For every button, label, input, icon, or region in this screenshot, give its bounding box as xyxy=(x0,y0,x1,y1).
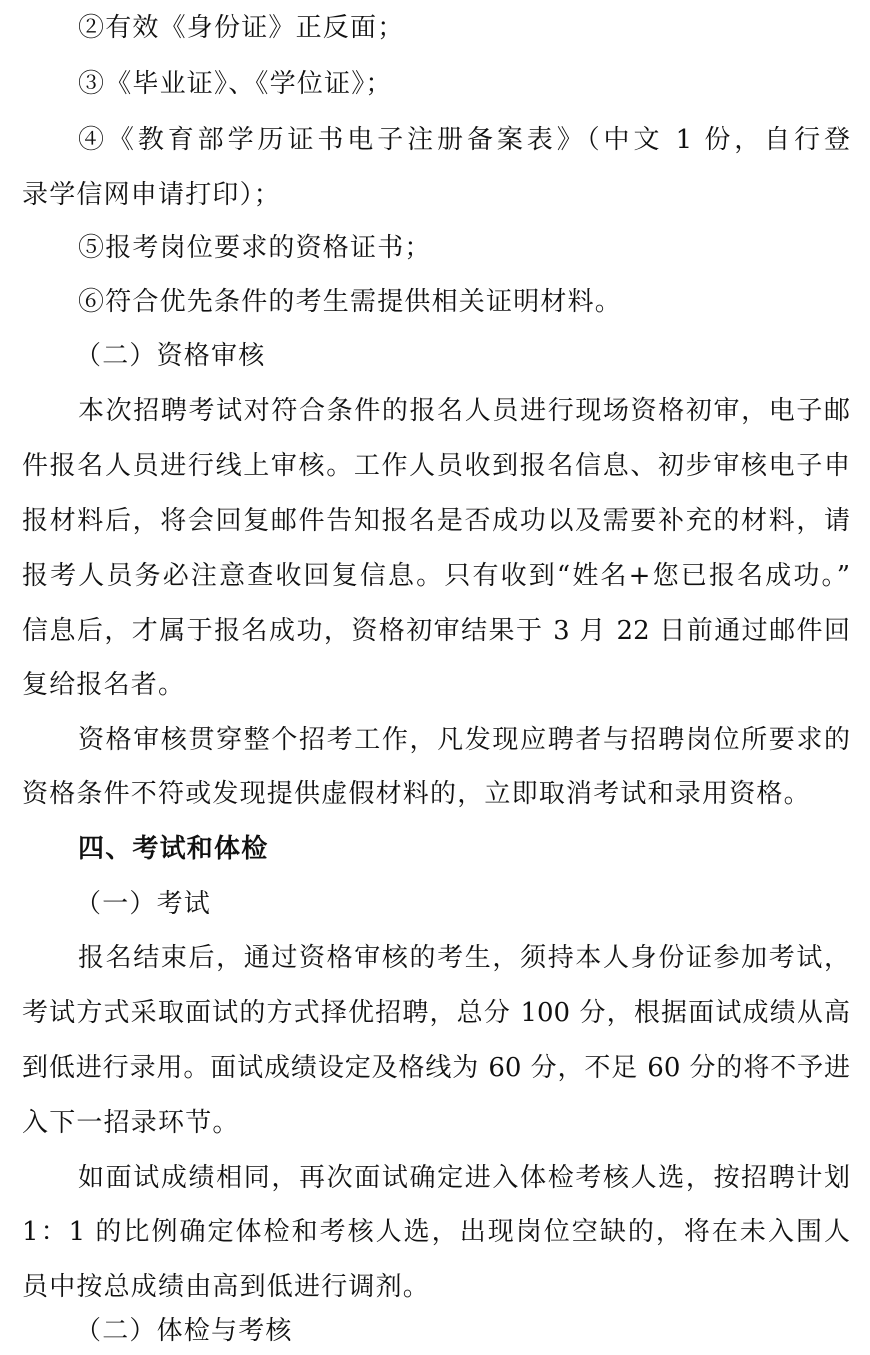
section-heading: （一）考试 xyxy=(75,889,211,919)
paragraph-line: 报名结束后，通过资格审核的考生，须持本人身份证参加考试， xyxy=(78,943,850,973)
paragraph-line: 件报名人员进行线上审核。工作人员收到报名信息、初步审核电子申 xyxy=(22,451,850,481)
list-item: ②有效《身份证》正反面； xyxy=(78,13,404,43)
paragraph-line: 报材料后，将会回复邮件告知报名是否成功以及需要补充的材料，请 xyxy=(22,506,850,536)
paragraph-line: 员中按总成绩由高到低进行调剂。 xyxy=(22,1272,430,1302)
section-heading: （二）资格审核 xyxy=(75,341,265,371)
paragraph-line: 资格条件不符或发现提供虚假材料的，立即取消考试和录用资格。 xyxy=(22,779,811,809)
list-item: ⑥符合优先条件的考生需提供相关证明材料。 xyxy=(78,287,622,317)
paragraph-line: 复给报名者。 xyxy=(22,670,185,700)
paragraph-line: 资格审核贯穿整个招考工作，凡发现应聘者与招聘岗位所要求的 xyxy=(78,725,850,755)
paragraph-line: 1：1 的比例确定体检和考核人选，出现岗位空缺的，将在未入围人 xyxy=(22,1217,850,1247)
paragraph-line: 本次招聘考试对符合条件的报名人员进行现场资格初审，电子邮 xyxy=(78,396,850,426)
list-item-continuation: 录学信网申请打印）； xyxy=(22,180,281,210)
section-heading: （二）体检与考核 xyxy=(75,1316,293,1346)
paragraph-line: 到低进行录用。面试成绩设定及格线为 60 分，不足 60 分的将不予进 xyxy=(22,1053,850,1083)
paragraph-line: 信息后，才属于报名成功，资格初审结果于 3 月 22 日前通过邮件回 xyxy=(22,616,850,646)
list-item: ④《教育部学历证书电子注册备案表》（中文 1 份，自行登 xyxy=(78,125,850,155)
list-item: ⑤报考岗位要求的资格证书； xyxy=(78,233,432,263)
chapter-heading: 四、考试和体检 xyxy=(78,834,268,864)
paragraph-line: 入下一招录环节。 xyxy=(22,1108,240,1138)
paragraph-line: 如面试成绩相同，再次面试确定进入体检考核人选，按招聘计划 xyxy=(78,1163,850,1193)
list-item: ③《毕业证》、《学位证》； xyxy=(78,69,393,99)
paragraph-line: 考试方式采取面试的方式择优招聘，总分 100 分，根据面试成绩从高 xyxy=(22,998,850,1028)
paragraph-line: 报考人员务必注意查收回复信息。只有收到“姓名+您已报名成功。” xyxy=(22,561,850,591)
